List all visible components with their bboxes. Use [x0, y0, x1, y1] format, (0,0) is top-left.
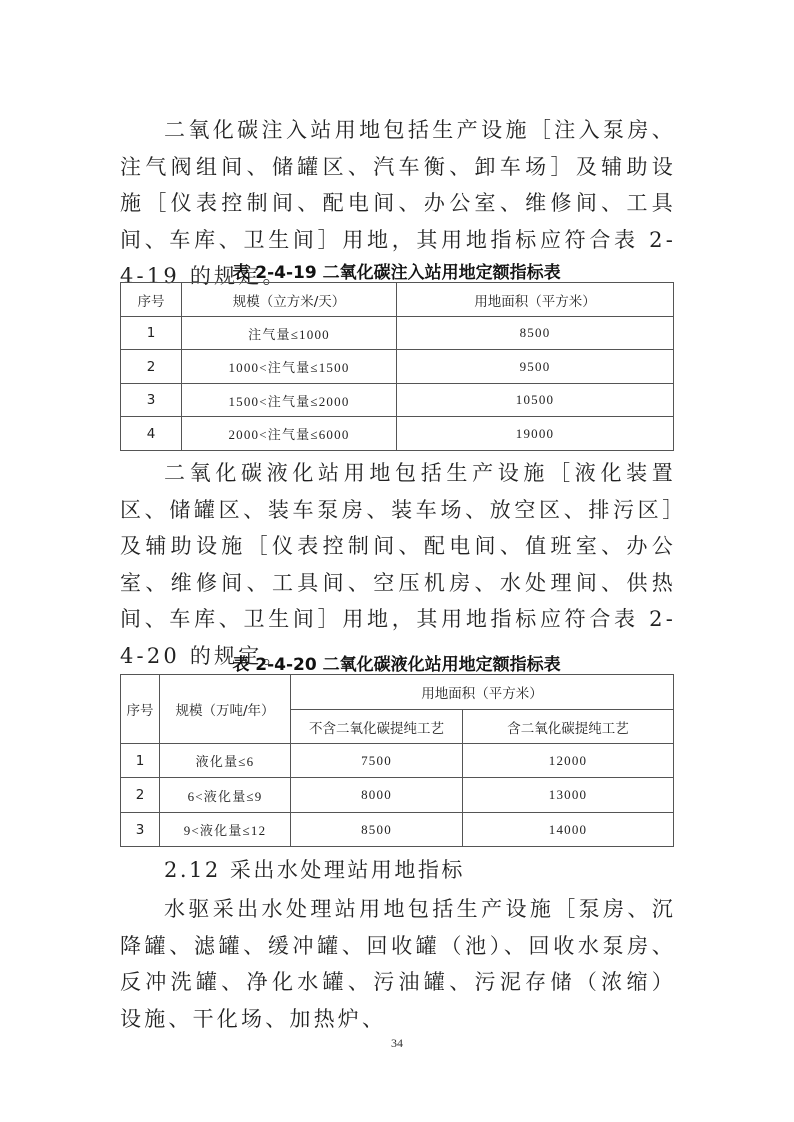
page-number: 34	[0, 1036, 794, 1051]
table-row: 3 9<液化量≤12 8500 14000	[121, 813, 674, 847]
header-index: 序号	[121, 675, 160, 744]
paragraph-water-treatment: 水驱采出水处理站用地包括生产设施［泵房、沉降罐、滤罐、缓冲罐、回收罐（池）、回收…	[120, 891, 676, 1037]
cell-area-with: 12000	[463, 744, 674, 778]
table-2-4-19: 序号 规模（立方米/天） 用地面积（平方米） 1 注气量≤1000 8500 2…	[120, 282, 674, 451]
table-2-4-19-caption: 表 2-4-19 二氧化碳注入站用地定额指标表	[120, 258, 673, 283]
cell-area: 9500	[397, 350, 674, 384]
table-2-4-20-caption: 表 2-4-20 二氧化碳液化站用地定额指标表	[120, 650, 673, 675]
cell-area-without: 8000	[291, 778, 463, 813]
table-row: 4 2000<注气量≤6000 19000	[121, 417, 674, 451]
cell-index: 1	[121, 317, 182, 350]
cell-scale: 6<液化量≤9	[160, 778, 291, 813]
header-scale: 规模（立方米/天）	[182, 283, 397, 317]
cell-index: 4	[121, 417, 182, 451]
cell-index: 2	[121, 350, 182, 384]
section-heading: 2.12 采出水处理站用地指标	[164, 854, 465, 884]
document-page: 二氧化碳注入站用地包括生产设施［注入泵房、注气阀组间、储罐区、汽车衡、卸车场］及…	[0, 0, 794, 1122]
cell-index: 3	[121, 813, 160, 847]
cell-area-with: 14000	[463, 813, 674, 847]
header-area: 用地面积（平方米）	[397, 283, 674, 317]
cell-area-with: 13000	[463, 778, 674, 813]
cell-area: 8500	[397, 317, 674, 350]
table-row: 1 注气量≤1000 8500	[121, 317, 674, 350]
cell-scale: 1000<注气量≤1500	[182, 350, 397, 384]
cell-scale: 液化量≤6	[160, 744, 291, 778]
header-without-purification: 不含二氧化碳提纯工艺	[291, 710, 463, 744]
table-header-row: 序号 规模（立方米/天） 用地面积（平方米）	[121, 283, 674, 317]
header-index: 序号	[121, 283, 182, 317]
table-row: 2 1000<注气量≤1500 9500	[121, 350, 674, 384]
table-header-row: 序号 规模（万吨/年） 用地面积（平方米）	[121, 675, 674, 710]
cell-area-without: 7500	[291, 744, 463, 778]
cell-area: 19000	[397, 417, 674, 451]
header-area-group: 用地面积（平方米）	[291, 675, 674, 710]
cell-index: 3	[121, 384, 182, 417]
cell-index: 2	[121, 778, 160, 813]
cell-scale: 1500<注气量≤2000	[182, 384, 397, 417]
header-scale: 规模（万吨/年）	[160, 675, 291, 744]
table-row: 3 1500<注气量≤2000 10500	[121, 384, 674, 417]
paragraph-liquefaction-station: 二氧化碳液化站用地包括生产设施［液化装置区、储罐区、装车泵房、装车场、放空区、排…	[120, 455, 676, 674]
header-with-purification: 含二氧化碳提纯工艺	[463, 710, 674, 744]
table-2-4-20: 序号 规模（万吨/年） 用地面积（平方米） 不含二氧化碳提纯工艺 含二氧化碳提纯…	[120, 674, 674, 847]
table-row: 1 液化量≤6 7500 12000	[121, 744, 674, 778]
cell-scale: 注气量≤1000	[182, 317, 397, 350]
cell-area: 10500	[397, 384, 674, 417]
cell-index: 1	[121, 744, 160, 778]
table-row: 2 6<液化量≤9 8000 13000	[121, 778, 674, 813]
cell-scale: 2000<注气量≤6000	[182, 417, 397, 451]
cell-scale: 9<液化量≤12	[160, 813, 291, 847]
cell-area-without: 8500	[291, 813, 463, 847]
